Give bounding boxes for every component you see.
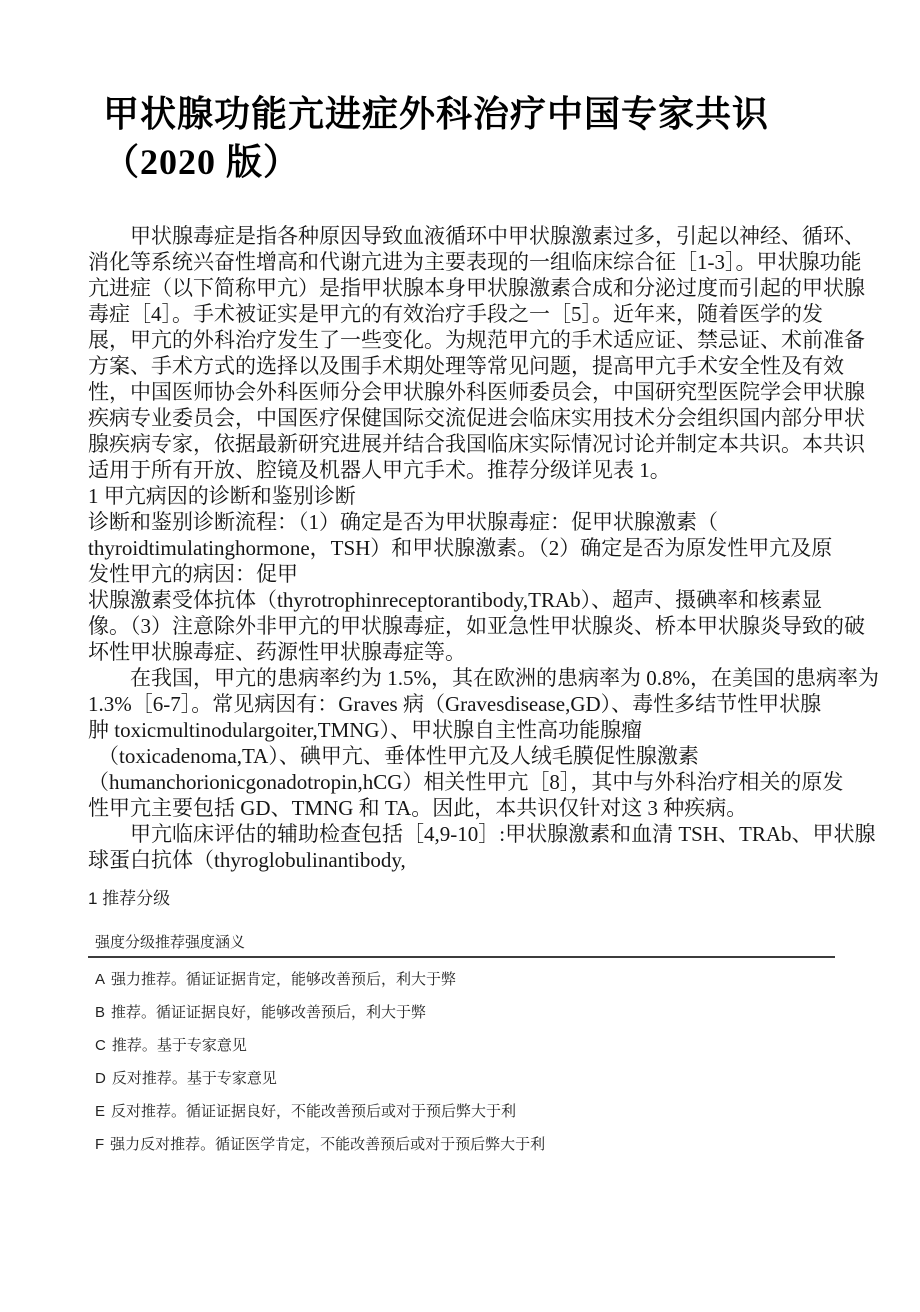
document-body: 甲状腺毒症是指各种原因导致血液循环中甲状腺激素过多，引起以神经、循环、 消化等系… [88,223,835,873]
table-label: 1 推荐分级 [88,888,835,910]
paragraph1-line: 腺疾病专家，依据最新研究进展并结合我国临床实际情况讨论并制定本共识。本共识 [88,431,835,457]
row-text: 推荐。基于专家意见 [112,1038,247,1054]
paragraph4-line: 甲亢临床评估的辅助检查包括［4,9-10］:甲状腺激素和血清 TSH、TRAb、… [88,821,835,847]
paragraph1-line: 消化等系统兴奋性增高和代谢亢进为主要表现的一组临床综合征［1-3］。甲状腺功能 [88,249,835,275]
paragraph3-line: 性甲亢主要包括 GD、TMNG 和 TA。因此，本共识仅针对这 3 种疾病。 [88,795,835,821]
table-row: C推荐。基于专家意见 [88,1037,835,1055]
row-text: 强力反对推荐。循证医学肯定，不能改善预后或对于预后弊大于利 [110,1137,545,1153]
paragraph1-line: 亢进症（以下简称甲亢）是指甲状腺本身甲状腺激素合成和分泌过度而引起的甲状腺 [88,275,835,301]
document-content: 甲状腺功能亢进症外科治疗中国专家共识 （2020 版） 甲状腺毒症是指各种原因导… [0,90,920,1154]
paragraph2-line: 发性甲亢的病因：促甲 [88,561,835,587]
paragraph3-line: 在我国，甲亢的患病率约为 1.5%，其在欧洲的患病率为 0.8%，在美国的患病率… [88,665,835,691]
title-line-2: （2020 版） [103,138,835,186]
paragraph3-line: 肿 toxicmultinodulargoiter,TMNG）、甲状腺自主性高功… [88,717,835,743]
grade-letter: C [95,1037,106,1054]
paragraph2-line: 状腺激素受体抗体（thyrotrophinreceptorantibody,TR… [88,587,835,613]
row-text: 强力推荐。循证证据肯定，能够改善预后，利大于弊 [111,972,456,988]
section-heading: 1 甲亢病因的诊断和鉴别诊断 [88,483,835,509]
table-row: D反对推荐。基于专家意见 [88,1070,835,1088]
grade-letter: B [95,1004,105,1021]
paragraph1-line: 疾病专业委员会，中国医疗保健国际交流促进会临床实用技术分会组织国内部分甲状 [88,405,835,431]
paragraph2-line: 像。（3）注意除外非甲亢的甲状腺毒症，如亚急性甲状腺炎、桥本甲状腺炎导致的破 [88,613,835,639]
title-line-1: 甲状腺功能亢进症外科治疗中国专家共识 [103,90,835,138]
grade-letter: F [95,1136,104,1153]
recommendation-grade-table: 强度分级推荐强度涵义 A强力推荐。循证证据肯定，能够改善预后，利大于弊 B推荐。… [88,935,835,1154]
paragraph2-line: thyroidtimulatinghormone，TSH）和甲状腺激素。（2）确… [88,535,835,561]
grade-letter: A [95,971,105,988]
paragraph1-line: 毒症［4］。手术被证实是甲亢的有效治疗手段之一［5］。近年来，随着医学的发 [88,301,835,327]
table-row: E反对推荐。循证证据良好，不能改善预后或对于预后弊大于利 [88,1103,835,1121]
grade-letter: D [95,1070,106,1087]
document-page: 甲状腺功能亢进症外科治疗中国专家共识 （2020 版） 甲状腺毒症是指各种原因导… [0,0,920,1312]
document-title: 甲状腺功能亢进症外科治疗中国专家共识 （2020 版） [103,90,835,186]
paragraph3-line: 1.3%［6-7］。常见病因有：Graves 病（Gravesdisease,G… [88,691,835,717]
paragraph3-line: （toxicadenoma,TA）、碘甲亢、垂体性甲亢及人绒毛膜促性腺激素 [88,743,835,769]
paragraph3-line: （humanchorionicgonadotropin,hCG）相关性甲亢［8］… [88,769,835,795]
paragraph1-line: 方案、手术方式的选择以及围手术期处理等常见问题，提高甲亢手术安全性及有效 [88,353,835,379]
paragraph1-line: 甲状腺毒症是指各种原因导致血液循环中甲状腺激素过多，引起以神经、循环、 [88,223,835,249]
row-text: 反对推荐。循证证据良好，不能改善预后或对于预后弊大于利 [111,1104,516,1120]
paragraph1-line: 适用于所有开放、腔镜及机器人甲亢手术。推荐分级详见表 1。 [88,457,835,483]
paragraph1-line: 性，中国医师协会外科医师分会甲状腺外科医师委员会，中国研究型医院学会甲状腺 [88,379,835,405]
table-row: B推荐。循证证据良好，能够改善预后，利大于弊 [88,1004,835,1022]
paragraph1-line: 展，甲亢的外科治疗发生了一些变化。为规范甲亢的手术适应证、禁忌证、术前准备 [88,327,835,353]
paragraph4-line: 球蛋白抗体（thyroglobulinantibody, [88,847,835,873]
table-row: A强力推荐。循证证据肯定，能够改善预后，利大于弊 [88,971,835,989]
table-rows: A强力推荐。循证证据肯定，能够改善预后，利大于弊 B推荐。循证证据良好，能够改善… [88,971,835,1154]
row-text: 反对推荐。基于专家意见 [112,1071,277,1087]
paragraph2-line: 坏性甲状腺毒症、药源性甲状腺毒症等。 [88,639,835,665]
table-row: F强力反对推荐。循证医学肯定，不能改善预后或对于预后弊大于利 [88,1136,835,1154]
paragraph2-line: 诊断和鉴别诊断流程：（1）确定是否为甲状腺毒症：促甲状腺激素（ [88,509,835,535]
table-header: 强度分级推荐强度涵义 [88,935,835,958]
row-text: 推荐。循证证据良好，能够改善预后，利大于弊 [111,1005,426,1021]
grade-letter: E [95,1103,105,1120]
